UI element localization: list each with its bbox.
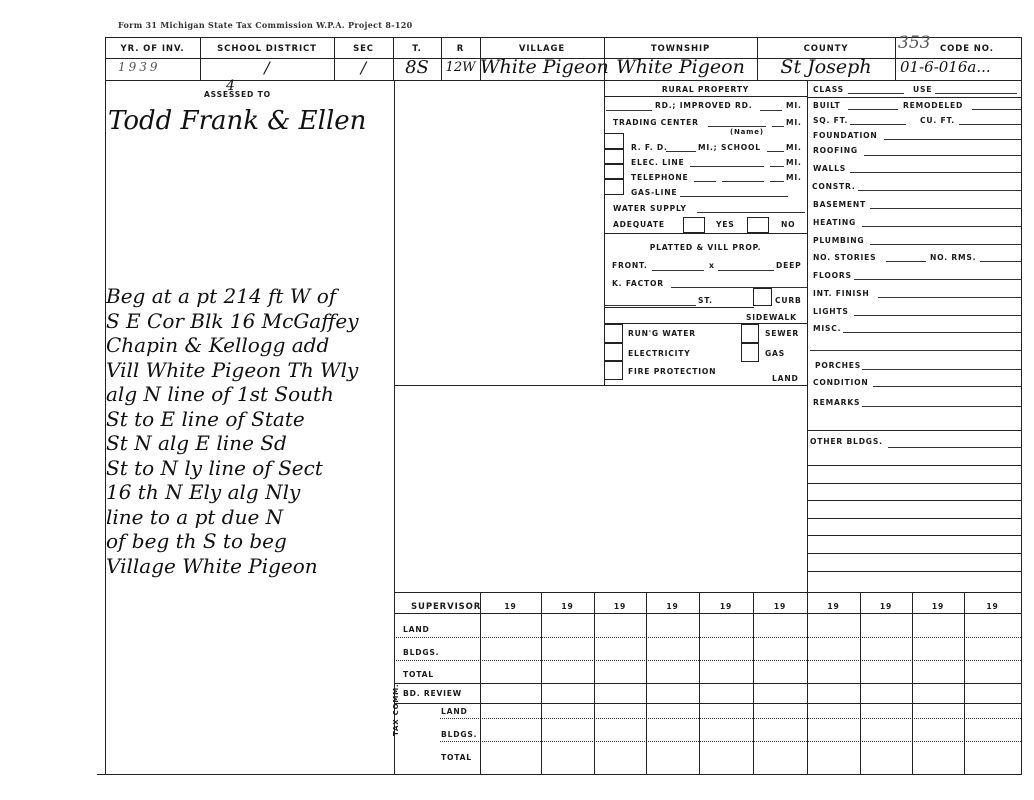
tax-total-cell[interactable]	[966, 742, 1020, 774]
class-label: CLASS	[813, 85, 844, 94]
tax-total-cell[interactable]	[482, 742, 540, 774]
frame-top	[105, 37, 1022, 38]
description-line: of beg th S to beg	[106, 529, 394, 554]
sq-ft-label: SQ. FT.	[813, 116, 848, 125]
tax-bldgs-cell[interactable]	[809, 719, 859, 741]
fill-line	[694, 181, 716, 182]
no-label: NO	[781, 220, 795, 229]
k-factor-fill	[671, 287, 807, 288]
sewer-checkbox[interactable]	[741, 324, 759, 344]
supervisor-total-cell[interactable]	[966, 661, 1020, 683]
front-fill	[652, 270, 704, 271]
supervisor-total-cell[interactable]	[543, 661, 593, 683]
tax-land-cell[interactable]	[648, 704, 698, 718]
x-label: x	[709, 261, 715, 270]
supervisor-bldgs-cell[interactable]	[914, 638, 963, 660]
rural-title-divider	[604, 96, 807, 97]
bd-review-cell[interactable]	[701, 684, 752, 703]
sidewalk-label: SIDEWALK	[746, 313, 797, 322]
electricity-label: ELECTRICITY	[628, 349, 691, 358]
value-school-district: /	[200, 58, 334, 77]
platted-divider	[604, 307, 754, 308]
plumbing-label: PLUMBING	[813, 236, 864, 245]
adequate-yes-checkbox[interactable]	[683, 217, 705, 233]
tax-bldgs-cell[interactable]	[543, 719, 593, 741]
tax-total-cell[interactable]	[543, 742, 593, 774]
supervisor-land-cell[interactable]	[596, 614, 645, 637]
value-row-divider	[105, 80, 1022, 81]
row-divider	[807, 500, 1021, 501]
fill-line	[888, 447, 1021, 448]
fill-line	[854, 279, 1021, 280]
misc-label: MISC.	[813, 324, 841, 333]
fill-line	[690, 166, 764, 167]
fill-line	[850, 172, 1021, 173]
tax-bldgs-cell[interactable]	[966, 719, 1020, 741]
description-line: Chapin & Kellogg add	[106, 333, 394, 358]
grid-col-line	[541, 592, 542, 774]
tax-bldgs-cell[interactable]	[862, 719, 911, 741]
row-divider	[807, 535, 1021, 536]
supervisor-bldgs-cell[interactable]	[482, 638, 540, 660]
grid-col-line	[594, 592, 595, 774]
year-header: 19	[912, 602, 964, 611]
tax-land-label: LAND	[441, 707, 468, 716]
left-panel-border	[394, 80, 395, 774]
fill-line	[843, 332, 1021, 333]
fill-line	[606, 110, 652, 111]
bd-review-cell[interactable]	[482, 684, 540, 703]
cu-ft-label: CU. FT.	[920, 116, 955, 125]
sidewalk-divider	[604, 323, 807, 324]
supervisor-bldgs-cell[interactable]	[648, 638, 698, 660]
code-annotation: 353	[898, 33, 930, 53]
grid-col-line	[964, 592, 965, 774]
legal-description: Beg at a pt 214 ft W of S E Cor Blk 16 M…	[106, 284, 394, 578]
building-left-border	[807, 80, 808, 592]
tax-bldgs-cell[interactable]	[755, 719, 806, 741]
fill-line	[870, 244, 1021, 245]
year-header: 19	[753, 602, 807, 611]
tax-bldgs-cell[interactable]	[914, 719, 963, 741]
header-code-no: CODE NO.	[940, 44, 994, 54]
fill-line	[666, 151, 696, 152]
header-township: TOWNSHIP	[604, 44, 757, 54]
row-divider	[807, 553, 1021, 554]
row-divider	[807, 483, 1021, 484]
header-village: VILLAGE	[480, 44, 604, 54]
row-divider	[807, 430, 1021, 431]
remarks-label: REMARKS	[813, 398, 860, 407]
tax-total-cell[interactable]	[914, 742, 963, 774]
row-divider	[807, 518, 1021, 519]
land-label: LAND	[772, 374, 799, 383]
bd-review-cell[interactable]	[648, 684, 698, 703]
description-line: S E Cor Blk 16 McGaffey	[106, 309, 394, 334]
rural-property-title: RURAL PROPERTY	[604, 85, 807, 94]
year-header: 19	[860, 602, 912, 611]
use-label: USE	[913, 85, 932, 94]
built-fill	[848, 109, 898, 110]
bd-review-cell[interactable]	[862, 684, 911, 703]
value-sec: /	[334, 58, 393, 77]
fire-protection-checkbox[interactable]	[604, 360, 623, 380]
fill-line	[862, 406, 1021, 407]
supervisor-total-cell[interactable]	[648, 661, 698, 683]
bldgs-row-label: BLDGS.	[403, 648, 439, 657]
tax-total-cell[interactable]	[755, 742, 806, 774]
header-sec: SEC	[334, 44, 393, 54]
cu-ft-fill	[959, 124, 1021, 125]
sewer-label: SEWER	[765, 329, 799, 338]
supervisor-bldgs-cell[interactable]	[596, 638, 645, 660]
valuation-top	[394, 592, 1021, 593]
supervisor-total-cell[interactable]	[482, 661, 540, 683]
value-county: St Joseph	[757, 56, 895, 78]
year-header: 19	[964, 602, 1021, 611]
supervisor-bldgs-cell[interactable]	[966, 638, 1020, 660]
roofing-label: ROOFING	[813, 146, 858, 155]
fill-line	[770, 181, 784, 182]
supervisor-total-cell[interactable]	[755, 661, 806, 683]
supervisor-total-cell[interactable]	[809, 661, 859, 683]
year-header: 19	[541, 602, 594, 611]
bd-review-cell[interactable]	[914, 684, 963, 703]
supervisor-land-cell[interactable]	[809, 614, 859, 637]
fill-line	[767, 151, 784, 152]
unit-mi: MI.	[786, 143, 802, 152]
supervisor-bldgs-cell[interactable]	[701, 638, 752, 660]
electricity-checkbox[interactable]	[604, 342, 623, 362]
supervisor-bldgs-cell[interactable]	[543, 638, 593, 660]
st-fill	[604, 305, 696, 306]
supervisor-land-cell[interactable]	[701, 614, 752, 637]
year-header: 19	[480, 602, 541, 611]
form-header: Form 31 Michigan State Tax Commission W.…	[118, 20, 412, 30]
sq-ft-fill	[850, 124, 906, 125]
int-finish-label: INT. FINISH	[813, 289, 870, 298]
tax-bldgs-cell[interactable]	[596, 719, 645, 741]
unit-mi: MI.	[786, 118, 802, 127]
porches-label: PORCHES	[815, 361, 861, 370]
supervisor-bldgs-cell[interactable]	[809, 638, 859, 660]
supervisor-total-cell[interactable]	[914, 661, 963, 683]
curb-label: CURB	[775, 296, 802, 305]
no-stories-label: NO. STORIES	[813, 253, 876, 262]
fill-line	[980, 261, 1021, 262]
supervisor-land-cell[interactable]	[966, 614, 1020, 637]
supervisor-label: SUPERVISOR	[411, 602, 481, 612]
gas-checkbox[interactable]	[741, 342, 759, 362]
deep-fill	[718, 270, 774, 271]
value-yr-of-inv: 1939	[118, 60, 161, 74]
supervisor-land-cell[interactable]	[914, 614, 963, 637]
fill-line	[770, 166, 784, 167]
supervisor-land-cell[interactable]	[482, 614, 540, 637]
constr-label: CONSTR.	[812, 182, 856, 191]
heating-label: HEATING	[813, 218, 856, 227]
year-header: 19	[807, 602, 860, 611]
year-header: 19	[699, 602, 753, 611]
deep-label: DEEP	[776, 261, 801, 270]
row-divider	[807, 571, 1021, 572]
fill-line	[878, 297, 1021, 298]
description-line: line to a pt due N	[106, 505, 394, 530]
rural-row-telephone: TELEPHONE	[631, 173, 689, 182]
frame-bottom	[97, 774, 1022, 775]
foundation-label: FOUNDATION	[813, 131, 878, 140]
value-village: White Pigeon	[480, 56, 604, 78]
fill-line	[884, 139, 1021, 140]
condition-label: CONDITION	[813, 378, 869, 387]
fill-line	[858, 190, 1021, 191]
supervisor-bldgs-cell[interactable]	[862, 638, 911, 660]
header-yr-of-inv: YR. OF INV.	[105, 44, 200, 54]
assessed-to-label: ASSESSED TO	[204, 90, 271, 99]
rural-row-rfd: R. F. D.	[631, 143, 668, 152]
total-row-label: TOTAL	[403, 670, 434, 679]
supervisor-bldgs-cell[interactable]	[755, 638, 806, 660]
tax-land-cell[interactable]	[701, 704, 752, 718]
runng-water-label: RUN'G WATER	[628, 329, 696, 338]
rural-row-gas-line: GAS-LINE	[631, 188, 677, 197]
value-township: White Pigeon	[604, 56, 757, 78]
tax-bldgs-label: BLDGS.	[441, 730, 477, 739]
grid-col-line	[860, 592, 861, 774]
k-factor-label: K. FACTOR	[612, 279, 664, 288]
front-label: FRONT.	[612, 261, 648, 270]
value-t: 8S	[393, 57, 441, 78]
tax-land-cell[interactable]	[755, 704, 806, 718]
yes-label: YES	[716, 220, 735, 229]
grid-col-line	[753, 592, 754, 774]
tax-total-label: TOTAL	[441, 753, 472, 762]
description-line: Village White Pigeon	[106, 554, 394, 579]
tax-comm-label: TAX COMM.	[392, 696, 400, 736]
supervisor-land-cell[interactable]	[862, 614, 911, 637]
description-line: St N alg E line Sd	[106, 431, 394, 456]
tax-land-cell[interactable]	[862, 704, 911, 718]
tax-total-cell[interactable]	[862, 742, 911, 774]
tax-total-cell[interactable]	[809, 742, 859, 774]
middle-divider	[394, 385, 807, 386]
tax-total-cell[interactable]	[701, 742, 752, 774]
supervisor-total-cell[interactable]	[596, 661, 645, 683]
rural-row-improved-rd: RD.; IMPROVED RD.	[655, 101, 752, 110]
fill-line	[862, 226, 1021, 227]
lights-label: LIGHTS	[813, 307, 849, 316]
grid-col-line	[699, 592, 700, 774]
tax-land-cell[interactable]	[966, 704, 1020, 718]
unit-mi: MI.	[786, 173, 802, 182]
tax-bldgs-cell[interactable]	[482, 719, 540, 741]
gas-label: GAS	[765, 349, 785, 358]
description-line: 16 th N Ely alg Nly	[106, 480, 394, 505]
adequate-label: ADEQUATE	[613, 220, 665, 229]
fill-line	[697, 212, 805, 213]
header-r: R	[441, 44, 480, 54]
trading-center-name-caption: (Name)	[730, 128, 764, 136]
fill-line	[873, 386, 1021, 387]
fill-line	[722, 181, 764, 182]
fire-protection-label: FIRE PROTECTION	[628, 367, 716, 376]
fill-line	[680, 196, 788, 197]
year-header: 19	[646, 602, 699, 611]
supervisor-land-cell[interactable]	[543, 614, 593, 637]
supervisor-land-cell[interactable]	[755, 614, 806, 637]
remodeled-label: REMODELED	[903, 101, 963, 110]
tax-land-cell[interactable]	[482, 704, 540, 718]
fill-line	[864, 155, 1021, 156]
rural-row-elec-line: ELEC. LINE	[631, 158, 685, 167]
use-fill	[935, 93, 1017, 94]
class-fill	[848, 93, 904, 94]
row-divider	[807, 97, 1021, 98]
rfd-school-label: MI.; SCHOOL	[698, 143, 761, 152]
adequate-no-checkbox[interactable]	[747, 217, 769, 233]
st-label: ST.	[698, 296, 713, 305]
col-sep	[895, 37, 896, 80]
walls-label: WALLS	[813, 164, 846, 173]
assessed-mark: 4	[226, 78, 235, 94]
tax-land-cell[interactable]	[596, 704, 645, 718]
value-r: 12W	[441, 60, 480, 75]
grid-col-line	[912, 592, 913, 774]
header-t: T.	[393, 44, 441, 54]
bd-review-cell[interactable]	[596, 684, 645, 703]
unit-mi: MI.	[786, 158, 802, 167]
row-divider	[807, 465, 1021, 466]
bd-review-cell[interactable]	[966, 684, 1020, 703]
rural-row-trading-center: TRADING CENTER	[613, 118, 699, 127]
tax-land-cell[interactable]	[914, 704, 963, 718]
supervisor-total-cell[interactable]	[701, 661, 752, 683]
gas-line-checkbox[interactable]	[604, 178, 624, 195]
description-line: Vill White Pigeon Th Wly	[106, 358, 394, 383]
description-line: alg N line of 1st South	[106, 382, 394, 407]
label-col-border	[480, 592, 481, 774]
grid-col-line	[807, 592, 808, 774]
fill-line	[708, 126, 766, 127]
tax-bldgs-cell[interactable]	[701, 719, 752, 741]
fill-line	[870, 208, 1021, 209]
floors-label: FLOORS	[813, 271, 852, 280]
fill-line	[862, 369, 1021, 370]
value-code-no: 01-6-016a...	[900, 58, 991, 76]
owner-name: Todd Frank & Ellen	[108, 106, 366, 136]
fill-line	[854, 315, 1021, 316]
fill-line	[810, 350, 1021, 351]
grid-col-line	[1021, 592, 1022, 774]
tax-land-cell[interactable]	[543, 704, 593, 718]
header-school-district: SCHOOL DISTRICT	[200, 44, 334, 54]
supervisor-land-cell[interactable]	[648, 614, 698, 637]
description-line: Beg at a pt 214 ft W of	[106, 284, 394, 309]
bd-review-cell[interactable]	[809, 684, 859, 703]
curb-checkbox[interactable]	[753, 288, 772, 306]
runng-water-checkbox[interactable]	[604, 324, 623, 344]
built-label: BUILT	[813, 101, 841, 110]
rural-bottom-divider	[604, 233, 807, 234]
no-rms-label: NO. RMS.	[930, 253, 976, 262]
tax-land-cell[interactable]	[809, 704, 859, 718]
fill-line	[886, 261, 926, 262]
tax-bldgs-cell[interactable]	[648, 719, 698, 741]
description-line: St to N ly line of Sect	[106, 456, 394, 481]
platted-title: PLATTED & VILL PROP.	[604, 243, 807, 252]
year-header: 19	[594, 602, 646, 611]
supervisor-total-cell[interactable]	[862, 661, 911, 683]
basement-label: BASEMENT	[813, 200, 866, 209]
remodeled-fill	[972, 109, 1021, 110]
tax-total-cell[interactable]	[648, 742, 698, 774]
fill-line	[760, 110, 782, 111]
bd-review-label: BD. REVIEW	[403, 689, 462, 698]
bd-review-cell[interactable]	[543, 684, 593, 703]
description-line: St to E line of State	[106, 407, 394, 432]
land-row-label: LAND	[403, 625, 430, 634]
grid-col-line	[646, 592, 647, 774]
tax-total-cell[interactable]	[596, 742, 645, 774]
water-supply-label: WATER SUPPLY	[613, 204, 687, 213]
other-bldgs-label: OTHER BLDGS.	[810, 437, 883, 446]
fill-line	[772, 126, 784, 127]
bd-review-cell[interactable]	[755, 684, 806, 703]
header-county: COUNTY	[757, 44, 895, 54]
unit-mi: MI.	[786, 101, 802, 110]
